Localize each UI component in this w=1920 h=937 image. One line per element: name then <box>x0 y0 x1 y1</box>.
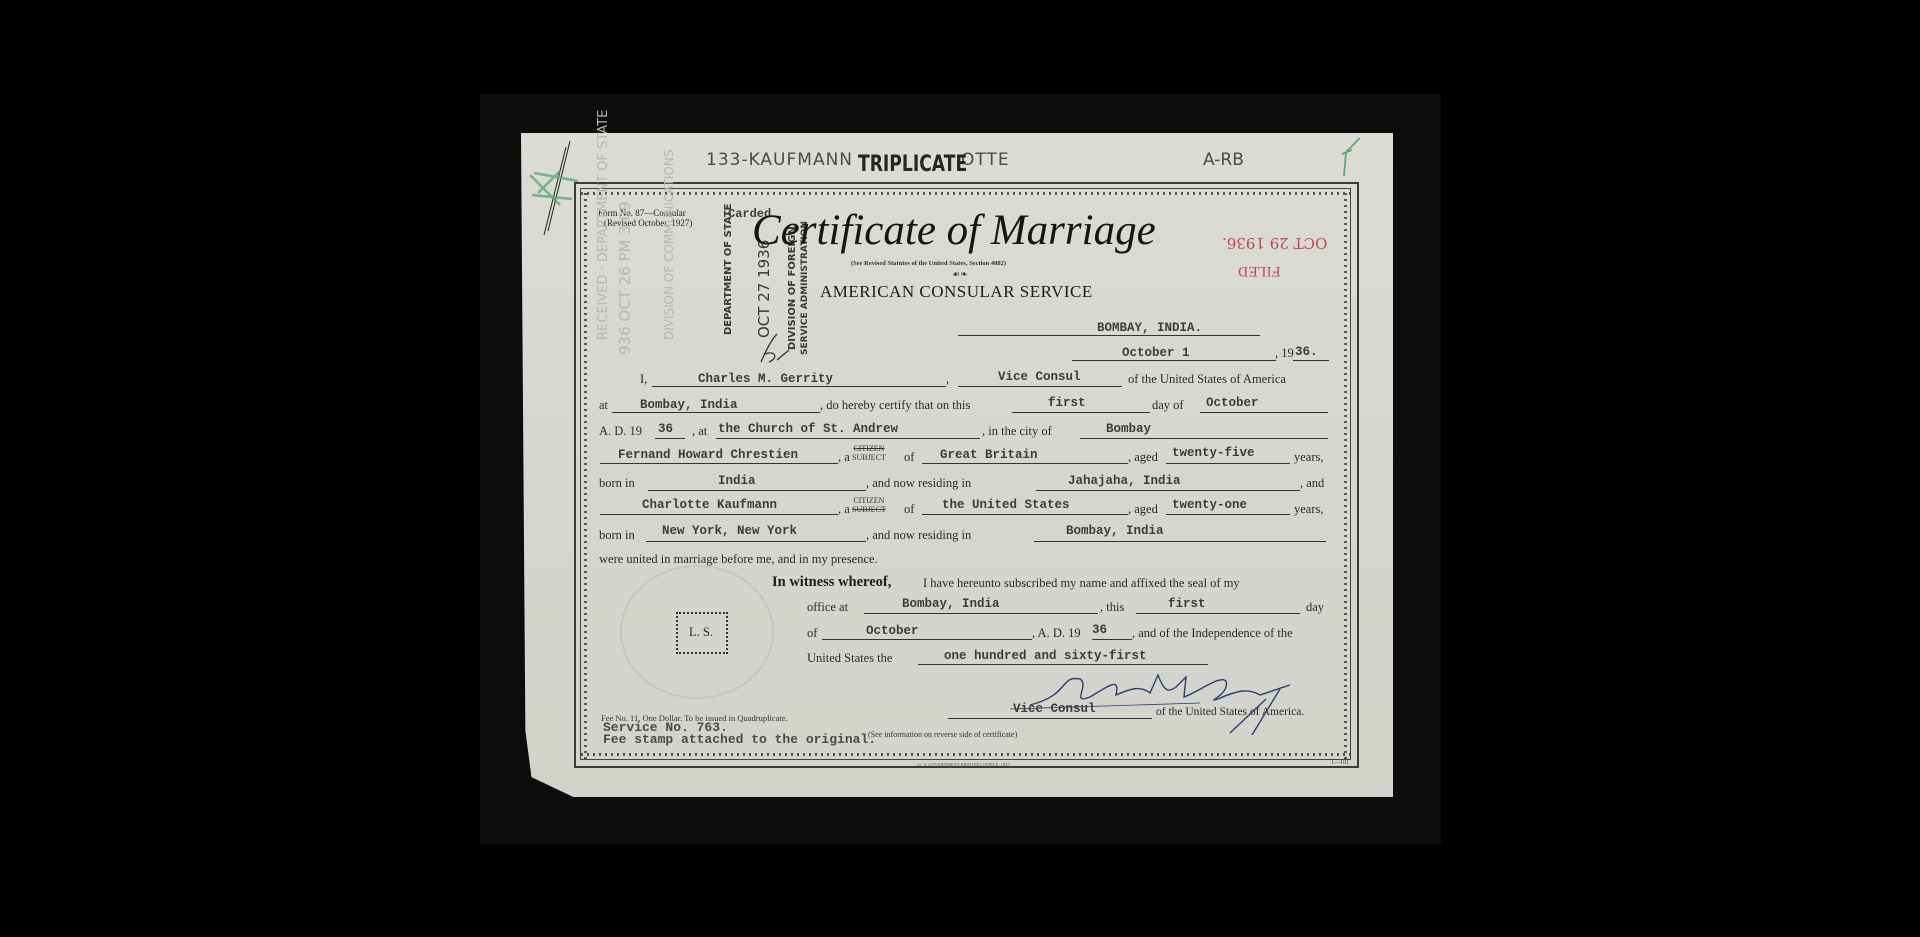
red-filed-date-stamp: OCT 29 1936. <box>1222 234 1327 252</box>
line1-suffix: of the United States of America <box>1128 372 1286 387</box>
fee-stamp-note: Fee stamp attached to the original. <box>603 734 876 746</box>
groom-born-label: born in <box>599 476 635 491</box>
signer-title: Vice Consul <box>1013 702 1096 716</box>
office-location: Bombay, India <box>902 597 1000 611</box>
service-heading: AMERICAN CONSULAR SERVICE <box>820 282 1093 302</box>
line3-at: , at <box>692 424 707 439</box>
groom-and: , and <box>1300 476 1324 491</box>
bride-of: of <box>904 502 914 517</box>
marriage-venue: the Church of St. Andrew <box>718 422 898 436</box>
groom-years: years, <box>1294 450 1324 465</box>
marriage-location: Bombay, India <box>640 398 738 412</box>
department-of-state-stamp: DEPARTMENT OF STATE <box>723 204 734 335</box>
line1-prefix: I, <box>640 372 647 387</box>
groom-birthplace: India <box>718 474 756 488</box>
line2-certify: , do hereby certify that on this <box>820 398 970 413</box>
initials-scribble-icon <box>755 330 795 370</box>
form-code: 1—101 <box>1331 760 1349 766</box>
groom-nationality: Great Britain <box>940 448 1038 462</box>
received-stamp: 936 OCT 26 PM 3 09 <box>616 201 634 355</box>
marriage-month: October <box>1206 396 1259 410</box>
bride-residence: Bombay, India <box>1066 524 1164 538</box>
reverse-note: (See information on reverse side of cert… <box>868 730 1017 739</box>
groom-name: Fernand Howard Chrestien <box>618 448 798 462</box>
certificate-title: Certificate of Marriage <box>752 206 1156 255</box>
received-stamp-dept: RECEIVED · DEPARTMENT OF STATE <box>596 110 611 340</box>
witness-ad: , A. D. 19 <box>1032 626 1081 641</box>
bride-birthplace: New York, New York <box>662 524 797 538</box>
comma: , <box>946 372 949 387</box>
certificate-year: 36. <box>1295 345 1318 359</box>
bride-subject-struck: SUBJECT <box>852 505 886 514</box>
signer-suffix: of the United States of America. <box>1156 706 1304 718</box>
marriage-day: first <box>1048 396 1086 410</box>
groom-citizen-subject: CITIZEN SUBJECT <box>852 444 886 462</box>
line3-ad: A. D. 19 <box>599 424 642 439</box>
witness-text: I have hereunto subscribed my name and a… <box>923 576 1240 591</box>
groom-citizen-struck: CITIZEN <box>852 444 886 453</box>
form-number: Form No. 87—Consular (Revised October, 1… <box>598 208 692 228</box>
marriage-year: 36 <box>658 422 673 436</box>
bride-aged-label: , aged <box>1128 502 1158 517</box>
independence-label: , and of the Independence of the <box>1132 626 1293 641</box>
united-statement: were united in marriage before me, and i… <box>599 552 878 567</box>
bride-nationality: the United States <box>942 498 1070 512</box>
of-label: of <box>807 626 817 641</box>
certificate-place: BOMBAY, INDIA. <box>1097 321 1202 335</box>
form-revised-text: (Revised October, 1927) <box>598 218 692 228</box>
officer-name: Charles M. Gerrity <box>698 372 833 386</box>
line3-city-label: , in the city of <box>982 424 1052 439</box>
bride-residing-label: , and now residing in <box>866 528 971 543</box>
form-number-text: Form No. 87—Consular <box>598 208 692 218</box>
marriage-city: Bombay <box>1106 422 1151 436</box>
year-prefix: , 19 <box>1275 346 1294 361</box>
groom-aged-label: , aged <box>1128 450 1158 465</box>
bride-a: , a <box>838 502 850 517</box>
bride-born-label: born in <box>599 528 635 543</box>
this-label: , this <box>1100 600 1124 615</box>
bride-citizen: CITIZEN <box>852 496 886 505</box>
groom-subject: SUBJECT <box>852 453 886 462</box>
groom-residence: Jahajaha, India <box>1068 474 1181 488</box>
witness-month: October <box>866 624 919 638</box>
officer-title: Vice Consul <box>998 370 1081 384</box>
independence-year: one hundred and sixty-first <box>944 649 1147 663</box>
certificate-date: October 1 <box>1122 346 1190 360</box>
statute-note: (See Revised Statutes of the United Stat… <box>851 260 1006 267</box>
pencil-tick-icon <box>1330 132 1370 182</box>
groom-of: of <box>904 450 914 465</box>
us-the-label: United States the <box>807 651 892 666</box>
bride-years: years, <box>1294 502 1324 517</box>
witness-day: first <box>1168 597 1206 611</box>
bride-age: twenty-one <box>1172 498 1247 512</box>
line2-day-of: day of <box>1152 398 1184 413</box>
seal-label: L. S. <box>689 625 713 640</box>
office-at-label: office at <box>807 600 848 615</box>
printer-line: U. S. GOVERNMENT PRINTING OFFICE: 1927 <box>918 762 1010 767</box>
witness-lead: In witness whereof, <box>772 574 891 591</box>
groom-residing-label: , and now residing in <box>866 476 971 491</box>
witness-year: 36 <box>1092 623 1107 637</box>
red-filed-stamp: FILED <box>1238 263 1281 278</box>
line2-at: at <box>599 398 608 413</box>
signature-icon <box>990 665 1340 735</box>
groom-age: twenty-five <box>1172 446 1255 460</box>
file-code: A-RB <box>1203 150 1244 170</box>
day-label: day <box>1306 600 1324 615</box>
division-communications-stamp: DIVISION OF COMMUNICATIONS <box>662 150 676 340</box>
ornament-flourish: ☙❧ <box>952 269 968 280</box>
bride-name: Charlotte Kaufmann <box>642 498 777 512</box>
triplicate-stamp: TRIPLICATE <box>858 152 967 177</box>
bride-citizen-subject: CITIZEN SUBJECT <box>852 496 886 514</box>
groom-a: , a <box>838 450 850 465</box>
